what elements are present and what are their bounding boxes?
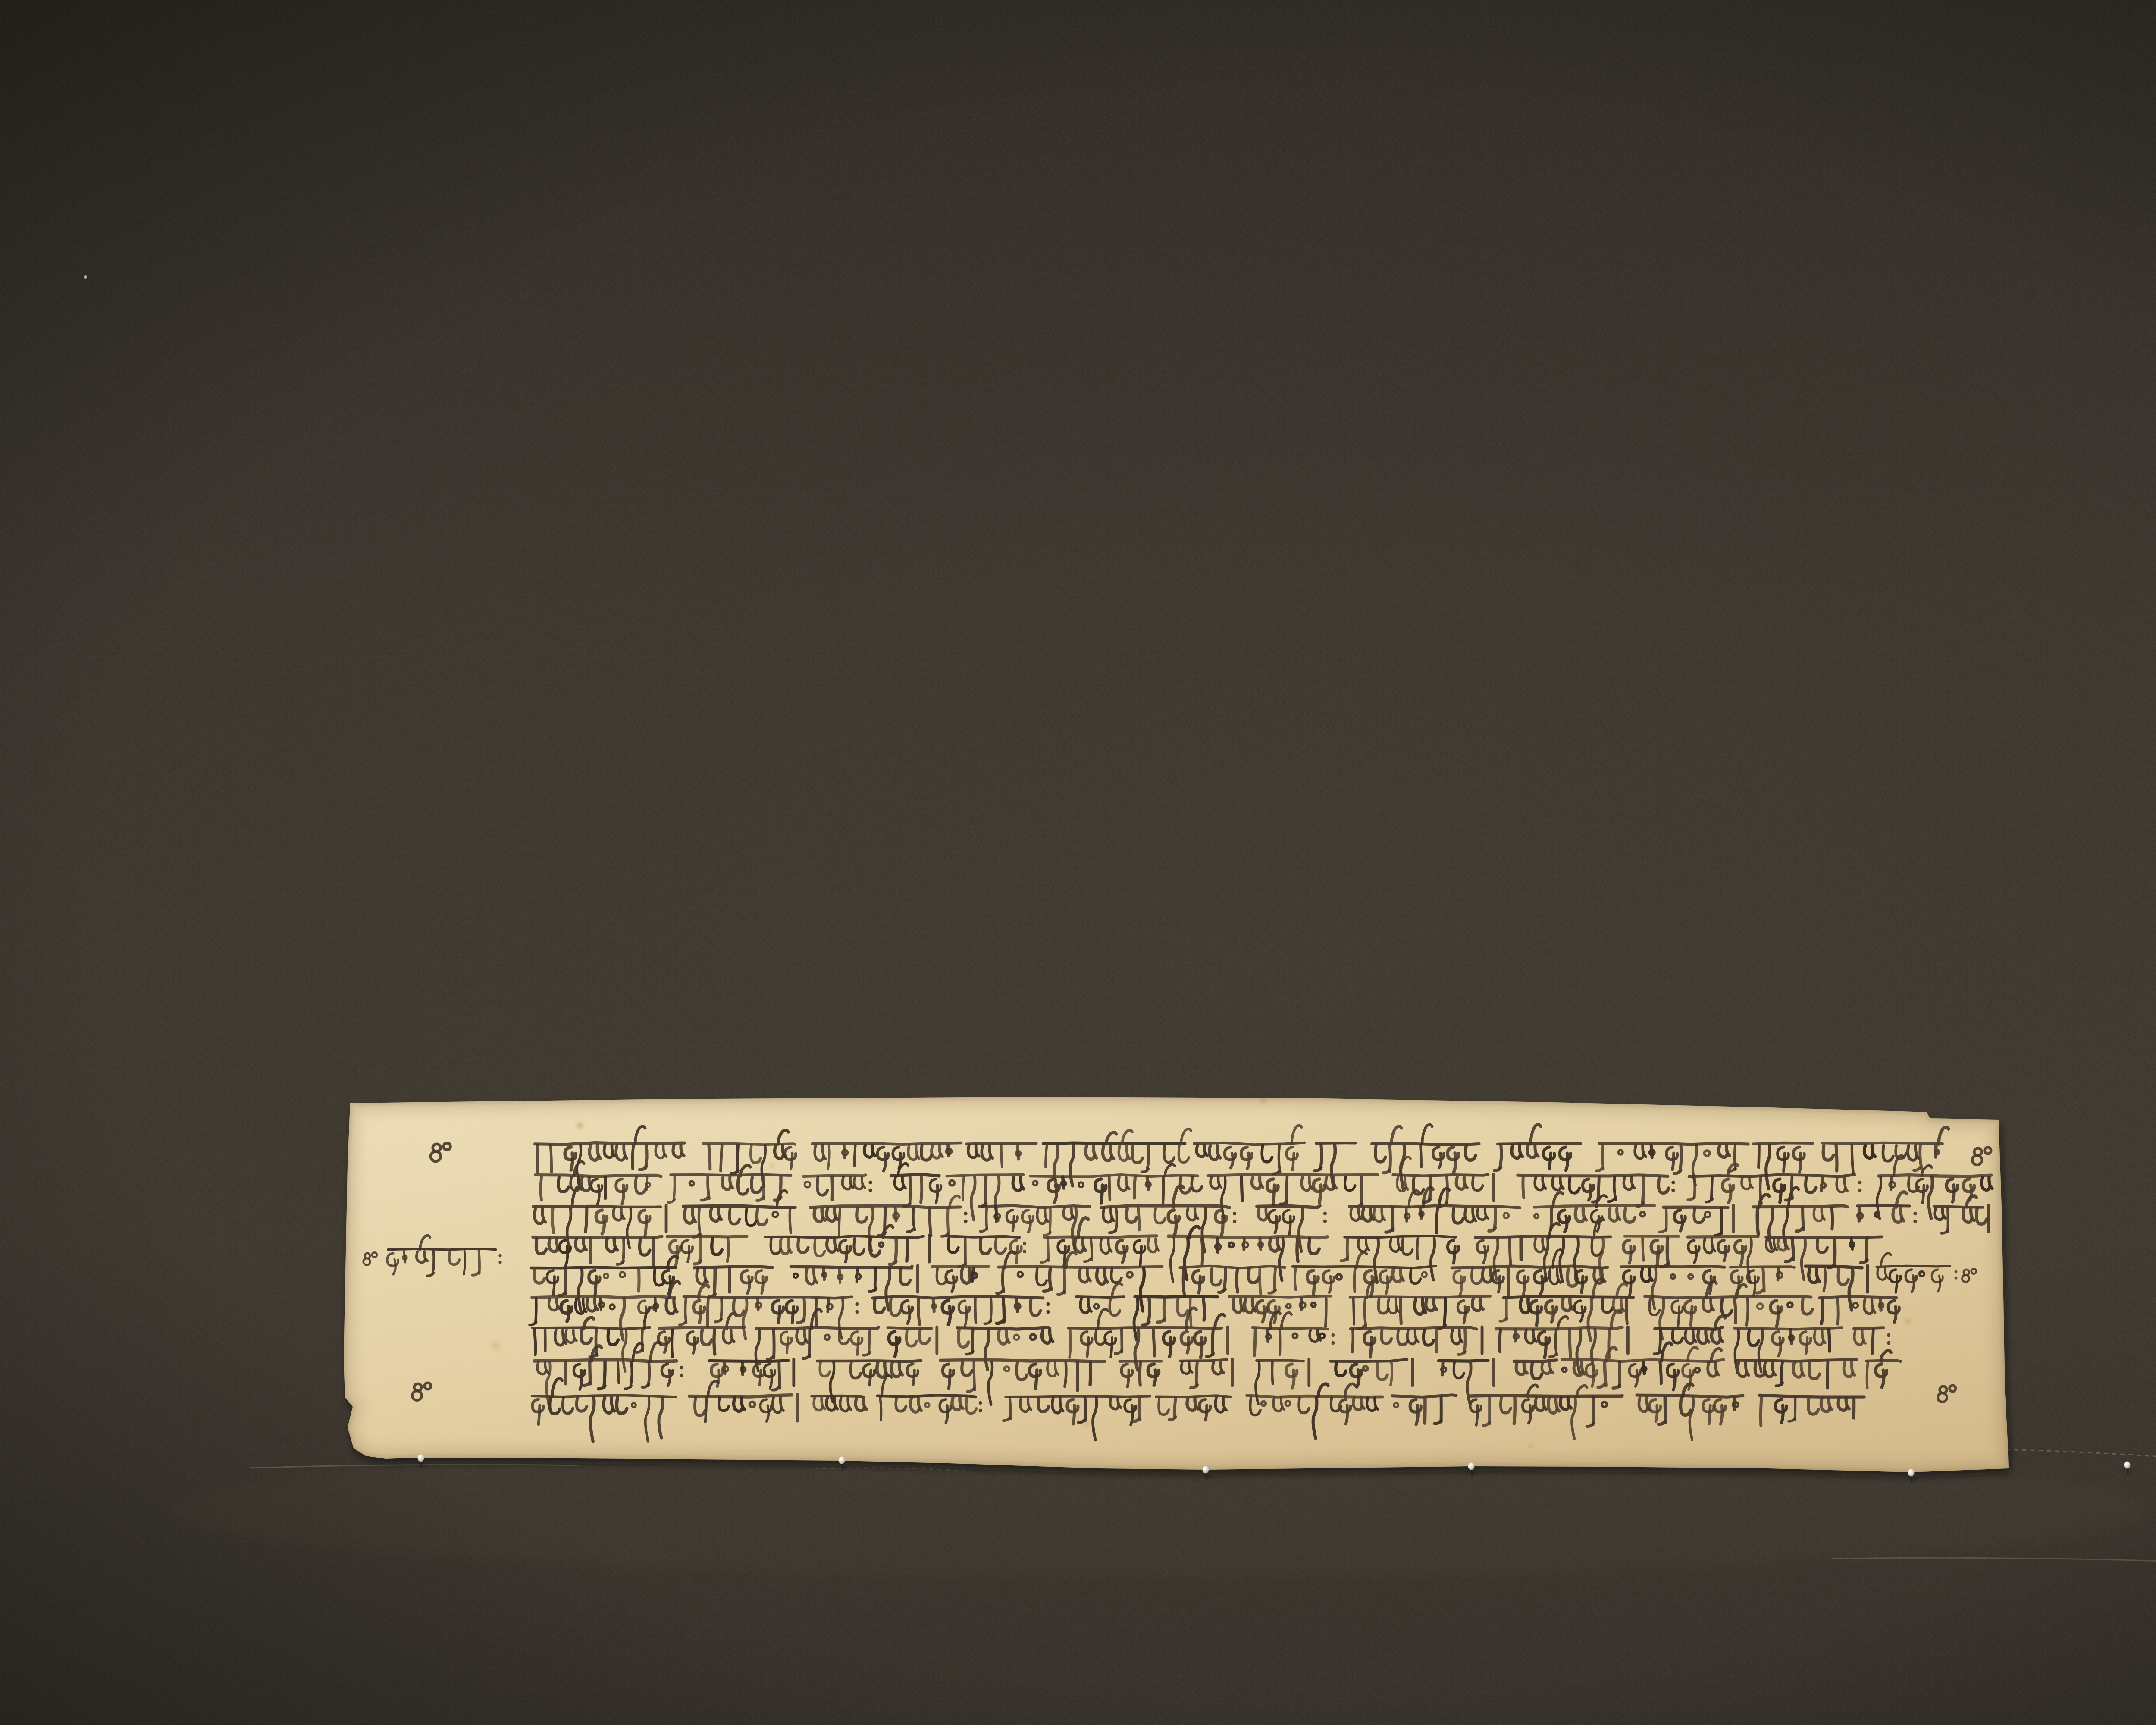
ink-stroke — [762, 1276, 763, 1293]
ink-stroke — [551, 1145, 552, 1172]
ink-stroke — [1736, 1360, 1856, 1361]
ink-stroke — [1196, 1362, 1197, 1386]
pin-stem — [421, 1461, 422, 1468]
ink-stroke — [1068, 1327, 1222, 1328]
ink-stroke — [1213, 1330, 1213, 1355]
ink-stroke — [1233, 1220, 1236, 1223]
ink-stroke — [1139, 1397, 1140, 1420]
ink-stroke — [1154, 1370, 1156, 1385]
ink-stroke — [1854, 1397, 1854, 1418]
ink-stroke — [1510, 1238, 1510, 1264]
foxing-spot — [1529, 1443, 1533, 1448]
ink-stroke — [1761, 1397, 1761, 1425]
foxing-spot — [1905, 1319, 1910, 1324]
ink-stroke — [1301, 1298, 1302, 1310]
ink-stroke — [1753, 1206, 1848, 1207]
ink-stroke — [618, 1362, 619, 1383]
ink-stroke — [1592, 1370, 1594, 1386]
pin-stem — [1471, 1469, 1472, 1477]
ink-stroke — [1643, 1362, 1645, 1374]
ink-stroke — [1003, 1298, 1004, 1322]
ink-stroke — [1747, 1298, 1748, 1325]
ink-stroke — [1319, 1185, 1321, 1203]
ink-stroke — [1666, 1208, 1667, 1230]
ink-stroke — [498, 1254, 501, 1257]
foxing-spot — [492, 1342, 500, 1349]
ink-stroke — [940, 1360, 1104, 1361]
ink-stroke — [671, 1175, 791, 1176]
ink-stroke — [1263, 1307, 1264, 1322]
ink-stroke — [1073, 1405, 1075, 1424]
ink-stroke — [672, 1330, 672, 1357]
ink-stroke — [1202, 1238, 1203, 1264]
ink-stroke — [972, 1330, 973, 1352]
ink-stroke — [1626, 1298, 1627, 1324]
ink-stroke — [1046, 1145, 1047, 1167]
ink-stroke — [1851, 1238, 1852, 1249]
ink-stroke — [1332, 1333, 1335, 1337]
ink-stroke — [1289, 1216, 1291, 1235]
ink-stroke — [1689, 1175, 1855, 1177]
ink-stroke — [646, 1177, 647, 1190]
ink-stroke — [1222, 1216, 1223, 1236]
pin-head — [2124, 1462, 2131, 1469]
ink-stroke — [1673, 1370, 1675, 1390]
ink-stroke — [1372, 1143, 1479, 1145]
ink-stroke — [1391, 1362, 1392, 1385]
ink-stroke — [1913, 1220, 1917, 1223]
ink-stroke — [1799, 1153, 1801, 1173]
ink-stroke — [1671, 1189, 1675, 1192]
ink-stroke — [596, 1330, 597, 1355]
ink-stroke — [758, 1298, 758, 1310]
ink-stroke — [1370, 1338, 1372, 1357]
ink-stroke — [571, 1153, 573, 1170]
ink-stroke — [1569, 1330, 1570, 1357]
ink-stroke — [1680, 1145, 1681, 1172]
ink-stroke — [1754, 1276, 1755, 1295]
ink-stroke — [1806, 1338, 1807, 1353]
ink-stroke — [1229, 1296, 1331, 1298]
ink-stroke — [948, 1145, 949, 1156]
ink-stroke — [1471, 1396, 1622, 1396]
ink-stroke — [645, 1216, 646, 1236]
ink-stroke — [870, 1370, 871, 1385]
ink-stroke — [1952, 1185, 1954, 1202]
foxing-spot — [577, 1123, 583, 1129]
ink-stroke — [1657, 1246, 1658, 1265]
ink-stroke — [1660, 1362, 1661, 1383]
ink-stroke — [840, 1268, 840, 1283]
ink-stroke — [1420, 1208, 1421, 1218]
ink-stroke — [1523, 1177, 1524, 1198]
ink-stroke — [1822, 1143, 1943, 1144]
ink-stroke — [1183, 1268, 1185, 1297]
ink-stroke — [680, 1366, 683, 1369]
ink-stroke — [910, 1177, 910, 1204]
ink-stroke — [792, 1307, 793, 1323]
ink-stroke — [1741, 1246, 1742, 1265]
ink-stroke — [839, 1208, 840, 1236]
ink-stroke — [1147, 1177, 1148, 1189]
ink-stroke — [1297, 1238, 1298, 1261]
ink-stroke — [895, 1238, 896, 1263]
ink-stroke — [1792, 1177, 1792, 1198]
ink-stroke — [999, 1267, 1162, 1267]
ink-stroke — [787, 1338, 788, 1353]
ink-stroke — [764, 1177, 764, 1199]
ink-stroke — [880, 1397, 881, 1420]
ink-stroke — [721, 1298, 722, 1320]
ink-stroke — [705, 1397, 706, 1422]
ink-stroke — [855, 1310, 859, 1314]
ink-stroke — [1111, 1338, 1112, 1357]
ink-stroke — [1050, 1208, 1051, 1233]
ink-stroke — [1879, 1175, 1991, 1176]
ink-stroke — [1416, 1405, 1418, 1424]
ink-stroke — [1792, 1238, 1793, 1260]
ink-stroke — [1128, 1370, 1129, 1387]
ink-stroke — [1673, 1153, 1674, 1170]
ink-stroke — [779, 1362, 780, 1388]
pin-highlight — [1909, 1470, 1911, 1472]
ink-stroke — [388, 1249, 496, 1250]
pin-highlight — [2125, 1462, 2127, 1465]
ink-stroke — [630, 1362, 632, 1387]
foxing-spot — [1813, 1198, 1818, 1202]
pin-highlight — [1203, 1467, 1206, 1469]
ink-stroke — [1836, 1145, 1837, 1171]
ink-stroke — [708, 1177, 709, 1198]
ink-stroke — [694, 1267, 772, 1268]
ink-stroke — [1783, 1153, 1785, 1171]
ink-stroke — [479, 1251, 479, 1273]
ink-stroke — [1642, 1177, 1643, 1204]
ink-stroke — [854, 1145, 856, 1166]
ink-stroke — [846, 1246, 847, 1262]
ink-stroke — [1498, 1276, 1500, 1292]
ink-stroke — [1241, 1177, 1242, 1201]
ink-stroke — [1316, 1143, 1355, 1143]
ink-stroke — [1630, 1246, 1631, 1263]
ink-stroke — [1660, 1330, 1661, 1352]
ink-stroke — [1866, 1238, 1867, 1261]
ink-stroke — [1101, 1206, 1229, 1207]
ink-stroke — [1603, 1145, 1603, 1169]
ink-stroke — [1393, 1175, 1488, 1176]
ink-stroke — [1077, 1297, 1124, 1298]
ink-stroke — [590, 1362, 590, 1384]
pin-highlight — [840, 1458, 842, 1460]
ink-stroke — [1896, 1276, 1897, 1292]
ink-stroke — [532, 1296, 674, 1298]
ink-stroke — [567, 1307, 569, 1321]
ink-stroke — [933, 1298, 934, 1311]
ink-stroke — [1001, 1145, 1002, 1167]
ink-stroke — [1153, 1330, 1154, 1356]
ink-stroke — [1678, 1307, 1679, 1327]
ink-stroke — [1003, 1268, 1004, 1292]
ink-stroke — [1872, 1330, 1873, 1353]
foxing-spot — [1084, 1421, 1089, 1427]
pin-head — [1468, 1463, 1475, 1470]
ink-stroke — [586, 1208, 587, 1232]
ink-stroke — [536, 1175, 661, 1176]
ink-stroke — [1354, 1298, 1354, 1324]
ink-stroke — [565, 1268, 566, 1294]
ink-stroke — [659, 1327, 744, 1328]
ink-stroke — [1691, 1307, 1692, 1325]
ink-stroke — [1224, 1268, 1225, 1291]
ink-stroke — [1734, 1298, 1736, 1323]
ink-stroke — [1866, 1361, 1901, 1361]
ink-stroke — [1279, 1145, 1280, 1172]
ink-stroke — [536, 1298, 536, 1323]
ink-stroke — [791, 1153, 792, 1168]
ink-stroke — [949, 1370, 950, 1389]
ink-stroke — [1017, 1298, 1018, 1311]
ink-stroke — [964, 1212, 967, 1215]
ink-stroke — [913, 1370, 915, 1385]
ink-stroke — [1313, 1276, 1315, 1295]
ink-stroke — [623, 1238, 624, 1263]
ink-stroke — [1763, 1268, 1764, 1291]
ink-stroke — [974, 1362, 975, 1390]
ink-stroke — [1085, 1397, 1086, 1421]
ink-stroke — [1346, 1405, 1347, 1424]
ink-stroke — [1406, 1208, 1407, 1221]
ink-stroke — [1174, 1216, 1176, 1236]
ink-stroke — [1604, 1362, 1606, 1386]
ink-stroke — [714, 1330, 715, 1354]
ink-stroke — [537, 1145, 538, 1172]
ink-stroke — [1036, 1370, 1037, 1389]
ink-stroke — [1523, 1276, 1525, 1295]
ink-stroke — [667, 1236, 747, 1237]
ink-stroke — [1163, 1177, 1163, 1204]
ink-stroke — [1709, 1405, 1710, 1424]
ink-stroke — [1237, 1268, 1238, 1292]
ink-stroke — [1275, 1268, 1275, 1291]
ink-stroke — [1365, 1298, 1366, 1327]
ink-stroke — [1778, 1268, 1779, 1280]
ink-stroke — [1417, 1238, 1418, 1259]
pin-head — [839, 1457, 845, 1464]
ink-stroke — [642, 1330, 643, 1351]
ink-stroke — [1934, 1206, 1983, 1207]
ink-stroke — [1043, 1143, 1185, 1144]
ink-stroke — [1371, 1276, 1373, 1296]
ink-stroke — [714, 1268, 715, 1295]
ink-stroke — [1665, 1397, 1666, 1423]
ink-stroke — [804, 1175, 865, 1176]
ink-stroke — [1859, 1208, 1859, 1221]
ink-stroke — [1867, 1362, 1868, 1388]
ink-stroke — [1134, 1177, 1135, 1198]
ink-stroke — [653, 1238, 654, 1266]
ink-stroke — [1757, 1208, 1758, 1234]
ink-stroke — [595, 1276, 596, 1296]
ink-stroke — [895, 1208, 896, 1221]
ink-stroke — [1233, 1212, 1236, 1215]
ink-stroke — [1447, 1177, 1448, 1204]
ink-stroke — [1795, 1397, 1796, 1420]
ink-stroke — [1023, 1242, 1026, 1245]
ink-stroke — [700, 1238, 701, 1262]
ink-stroke — [790, 1208, 791, 1233]
ink-stroke — [979, 1401, 982, 1405]
ink-stroke — [1206, 1405, 1207, 1420]
ink-stroke — [1857, 1206, 1910, 1206]
pin-head — [1203, 1466, 1209, 1474]
ink-stroke — [844, 1145, 845, 1158]
ink-stroke — [743, 1362, 743, 1374]
ink-stroke — [1766, 1237, 1882, 1238]
ink-stroke — [1260, 1238, 1261, 1249]
ink-stroke — [1140, 1246, 1141, 1266]
ink-stroke — [1500, 1145, 1501, 1169]
ink-stroke — [957, 1327, 1050, 1329]
ink-stroke — [1044, 1236, 1156, 1238]
ink-stroke — [986, 1208, 987, 1229]
ink-stroke — [1452, 1266, 1608, 1268]
ink-stroke — [1694, 1177, 1695, 1198]
ink-stroke — [1514, 1397, 1515, 1424]
ink-stroke — [975, 1298, 976, 1323]
ink-stroke — [1280, 1330, 1280, 1355]
ink-stroke — [791, 1266, 912, 1268]
ink-stroke — [757, 1327, 878, 1329]
ink-stroke — [1048, 1238, 1049, 1261]
ink-stroke — [727, 1238, 729, 1261]
ink-stroke — [1069, 1330, 1070, 1358]
ink-stroke — [552, 1208, 554, 1233]
ink-stroke — [1671, 1181, 1675, 1184]
ink-stroke — [1852, 1145, 1853, 1173]
ink-stroke — [1791, 1330, 1792, 1343]
ink-stroke — [1948, 1208, 1948, 1232]
ink-stroke — [1880, 1298, 1881, 1310]
ink-stroke — [1781, 1362, 1783, 1384]
ink-stroke — [1598, 1177, 1599, 1200]
ink-stroke — [1087, 1338, 1088, 1356]
ink-stroke — [1013, 1216, 1014, 1231]
ink-stroke — [1614, 1177, 1616, 1200]
ink-stroke — [1175, 1397, 1175, 1418]
pin-highlight — [419, 1455, 421, 1458]
ink-stroke — [1782, 1405, 1783, 1423]
ink-stroke — [1217, 1238, 1218, 1252]
ink-stroke — [1090, 1362, 1091, 1385]
ink-stroke — [1887, 1341, 1890, 1345]
ink-stroke — [1955, 1276, 1958, 1280]
ink-stroke — [1352, 1330, 1353, 1352]
ink-stroke — [622, 1185, 624, 1204]
ink-stroke — [1047, 1310, 1050, 1314]
ink-stroke — [693, 1338, 695, 1353]
ink-stroke — [1720, 1405, 1722, 1424]
ink-stroke — [1545, 1338, 1546, 1358]
ink-stroke — [857, 1268, 858, 1282]
ink-stroke — [1244, 1238, 1244, 1250]
ink-stroke — [1122, 1330, 1122, 1352]
ink-stroke — [1936, 1145, 1936, 1157]
ink-stroke — [1420, 1145, 1421, 1167]
ink-stroke — [1156, 1396, 1231, 1397]
ink-stroke — [1390, 1145, 1391, 1171]
ink-stroke — [1858, 1181, 1861, 1184]
ink-stroke — [1047, 1302, 1050, 1306]
ink-stroke — [685, 1298, 686, 1323]
ink-stroke — [933, 1267, 988, 1267]
ink-stroke — [774, 1330, 774, 1358]
ink-stroke — [979, 1409, 982, 1412]
ink-stroke — [1838, 1298, 1838, 1324]
ink-stroke — [535, 1143, 684, 1145]
pin-stem — [842, 1463, 843, 1471]
ink-stroke — [1164, 1298, 1164, 1320]
ink-stroke — [464, 1251, 465, 1274]
ink-stroke — [1803, 1208, 1804, 1229]
ink-stroke — [948, 1307, 950, 1324]
ink-stroke — [604, 1362, 605, 1387]
ink-stroke — [709, 1145, 710, 1169]
ink-stroke — [824, 1268, 824, 1280]
ink-stroke — [1819, 1297, 1896, 1298]
ink-stroke — [699, 1307, 701, 1323]
pin-stem — [1911, 1475, 1912, 1483]
ink-stroke — [1854, 1328, 1883, 1329]
ink-stroke — [972, 1268, 973, 1280]
ink-stroke — [1436, 1208, 1438, 1233]
ink-stroke — [1254, 1330, 1255, 1355]
ink-stroke — [1064, 1268, 1065, 1293]
ink-stroke — [1199, 1276, 1200, 1293]
ink-stroke — [1442, 1362, 1443, 1375]
ink-stroke — [1065, 1362, 1066, 1386]
ink-stroke — [1050, 1268, 1051, 1289]
ink-stroke — [963, 1177, 964, 1200]
ink-stroke — [1550, 1153, 1551, 1168]
ink-stroke — [1436, 1330, 1437, 1352]
ink-stroke — [646, 1145, 647, 1168]
ink-stroke — [1077, 1362, 1078, 1390]
ink-stroke — [1323, 1212, 1327, 1215]
ink-stroke — [1777, 1307, 1778, 1327]
ink-stroke — [832, 1177, 833, 1200]
ink-stroke — [868, 1189, 872, 1192]
ink-stroke — [1332, 1341, 1335, 1345]
ink-stroke — [1148, 1298, 1150, 1323]
ink-stroke — [857, 1338, 859, 1355]
ink-stroke — [1361, 1177, 1362, 1205]
ink-stroke — [760, 1370, 761, 1385]
ink-stroke — [1829, 1330, 1829, 1351]
ink-stroke — [921, 1177, 922, 1202]
ink-stroke — [1495, 1208, 1495, 1229]
ink-stroke — [1582, 1276, 1583, 1292]
photo-scene: মহমাবিষদ। ওঁ শ্কিপচহস্তেনমহদ্বিপাপিবিপাখ… — [0, 0, 2156, 1725]
foxing-spot — [770, 1163, 774, 1167]
ink-stroke — [1498, 1144, 1581, 1144]
ink-stroke — [1858, 1189, 1861, 1192]
ink-stroke — [907, 1238, 907, 1261]
ink-stroke — [1827, 1362, 1828, 1388]
ink-stroke — [1454, 1246, 1455, 1263]
ink-stroke — [1688, 1236, 1758, 1237]
ink-stroke — [1023, 1250, 1026, 1253]
ink-stroke — [1923, 1185, 1924, 1203]
